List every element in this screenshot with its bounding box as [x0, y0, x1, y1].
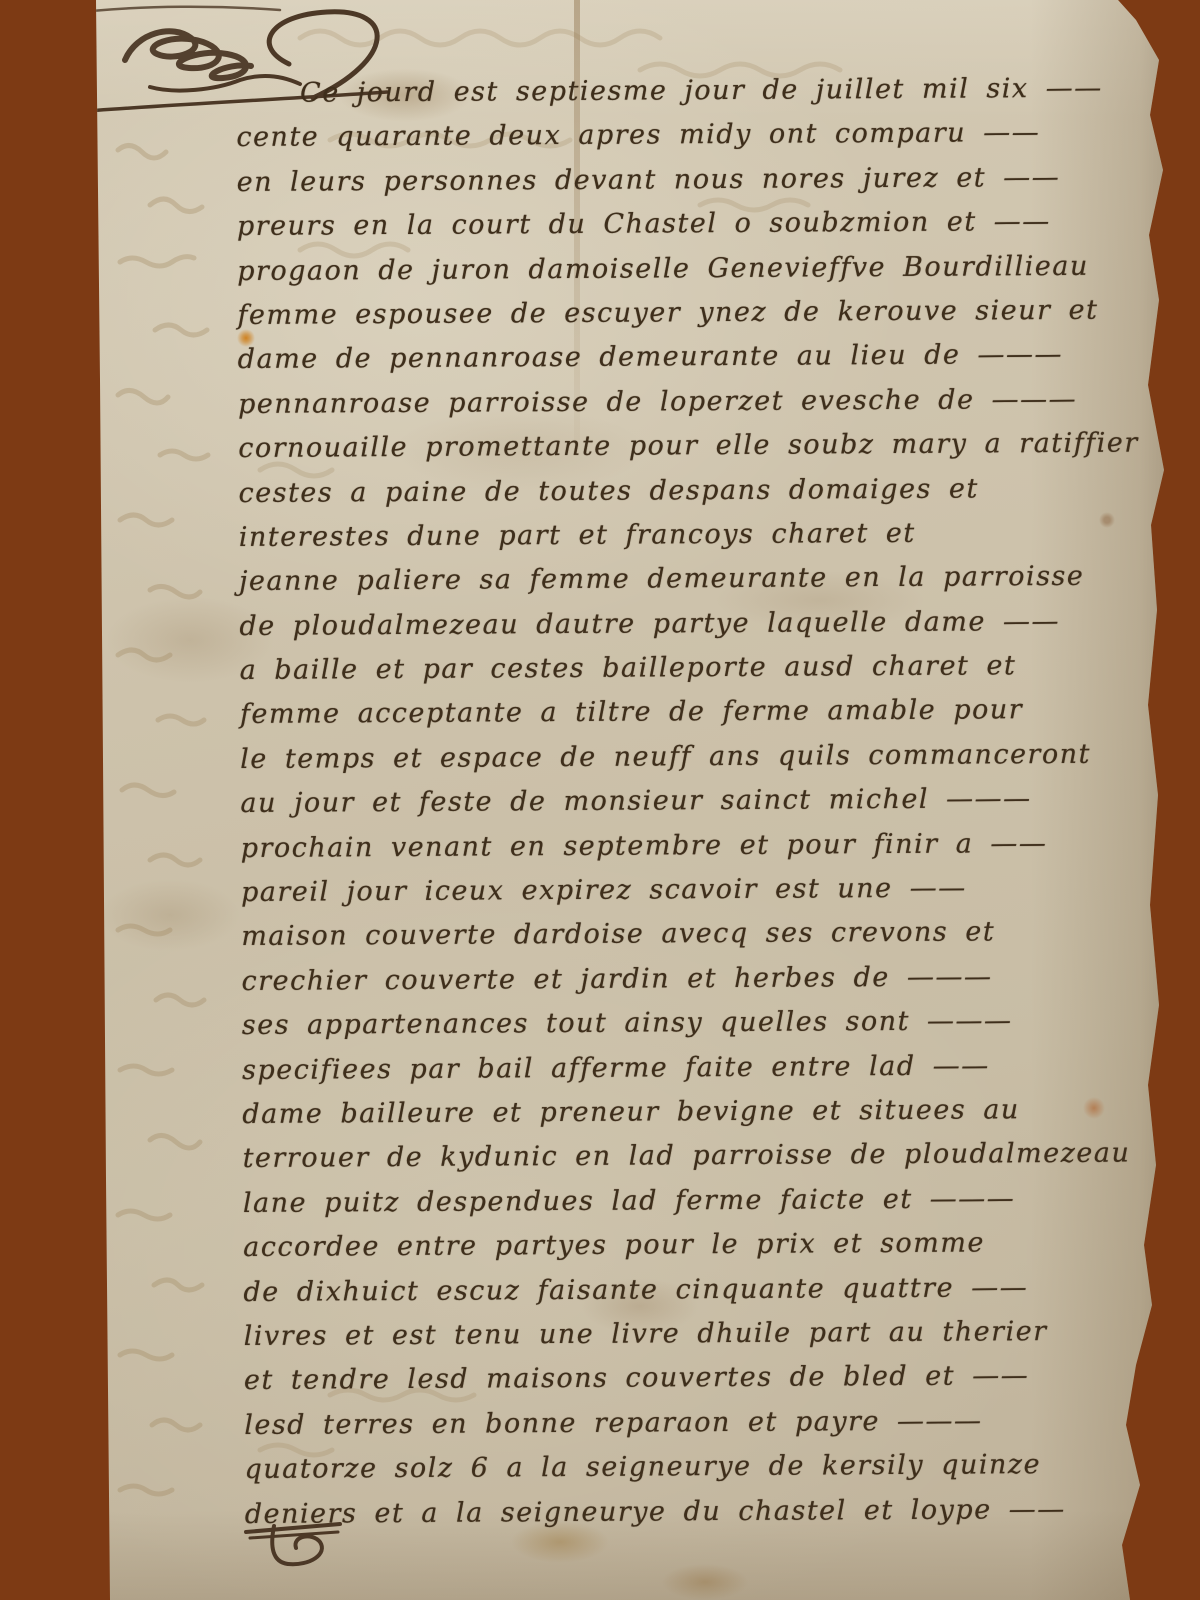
notary-paraph-bottom: [240, 1502, 360, 1577]
manuscript-line: dame bailleure et preneur bevigne et sit…: [242, 1087, 1143, 1137]
manuscript-line: progaon de juron damoiselle Genevieffve …: [237, 244, 1138, 294]
manuscript-line: cornouaille promettante pour elle soubz …: [238, 422, 1139, 472]
manuscript-line: et tendre lesd maisons couvertes de bled…: [244, 1354, 1145, 1404]
manuscript-line: crechier couverte et jardin et herbes de…: [241, 954, 1142, 1004]
manuscript-line: livres et est tenu une livre dhuile part…: [244, 1309, 1145, 1359]
manuscript-line: au jour et feste de monsieur sainct mich…: [240, 777, 1141, 827]
manuscript-line: preurs en la court du Chastel o soubzmio…: [237, 200, 1138, 250]
manuscript-line: specifiees par bail afferme faite entre …: [242, 1043, 1143, 1093]
manuscript-line: dame de pennanroase demeurante au lieu d…: [238, 333, 1139, 383]
manuscript-line: cente quarante deux apres midy ont compa…: [236, 111, 1137, 161]
manuscript-line: deniers et a la seigneurye du chastel et…: [245, 1487, 1146, 1537]
manuscript-line: femme espousee de escuyer ynez de kerouv…: [237, 288, 1138, 338]
manuscript-line: jeanne paliere sa femme demeurante en la…: [239, 555, 1140, 605]
manuscript-line: pennanroase parroisse de loperzet evesch…: [238, 377, 1139, 427]
manuscript-line: en leurs personnes devant nous nores jur…: [237, 155, 1138, 205]
manuscript-line: le temps et espace de neuff ans quils co…: [240, 732, 1141, 782]
manuscript-line: prochain venant en septembre et pour fin…: [241, 821, 1142, 871]
manuscript-line: lesd terres en bonne reparaon et payre —…: [244, 1398, 1145, 1448]
manuscript-line: terrouer de kydunic en lad parroisse de …: [243, 1132, 1144, 1182]
manuscript-line: ses appartenances tout ainsy quelles son…: [242, 999, 1143, 1049]
manuscript-line: a baille et par cestes bailleporte ausd …: [240, 644, 1141, 694]
manuscript-line: cestes a paine de toutes despans domaige…: [238, 466, 1139, 516]
manuscript-line: accordee entre partyes pour le prix et s…: [243, 1221, 1144, 1271]
photo-canvas: Ce jourd est septiesme jour de juillet m…: [0, 0, 1200, 1600]
manuscript-line: femme acceptante a tiltre de ferme amabl…: [240, 688, 1141, 738]
manuscript-text: Ce jourd est septiesme jour de juillet m…: [236, 66, 1145, 1536]
manuscript-line: quatorze solz 6 a la seigneurye de kersi…: [244, 1443, 1145, 1493]
manuscript-line: pareil jour iceux expirez scavoir est un…: [241, 866, 1142, 916]
manuscript-line: interestes dune part et francoys charet …: [239, 510, 1140, 560]
manuscript-line: Ce jourd est septiesme jour de juillet m…: [236, 66, 1137, 116]
manuscript-sheet: Ce jourd est septiesme jour de juillet m…: [0, 0, 1200, 1600]
manuscript-line: de ploudalmezeau dautre partye laquelle …: [239, 599, 1140, 649]
manuscript-line: de dixhuict escuz faisante cinquante qua…: [243, 1265, 1144, 1315]
manuscript-line: lane puitz despendues lad ferme faicte e…: [243, 1176, 1144, 1226]
manuscript-line: maison couverte dardoise avecq ses crevo…: [241, 910, 1142, 960]
